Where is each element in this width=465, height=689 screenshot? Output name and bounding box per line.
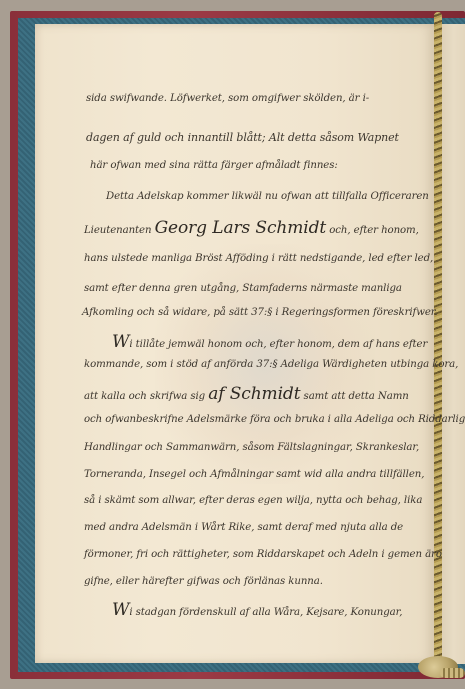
- text-line-12: och ofwanbeskrifne Adelsmärke föra och b…: [84, 415, 465, 425]
- text-line-16: med andra Adelsmän i Wårt Rike, samt der…: [84, 523, 403, 533]
- line-text: samt att detta Namn: [300, 391, 408, 402]
- line-text: här ofwan med sina rätta färger afmåladt…: [90, 160, 338, 171]
- text-line-6: hans ulstede manliga Bröst Afföding i rä…: [84, 254, 433, 264]
- recipient-name: Georg Lars Schmidt: [155, 218, 327, 238]
- line-text: Lieutenanten: [84, 225, 155, 236]
- text-line-1: sida swifwande. Löfwerket, som omgifwer …: [86, 94, 369, 104]
- decorative-initial: W: [112, 332, 129, 352]
- text-line-4: Detta Adelskap kommer likwäl nu ofwan at…: [106, 192, 429, 202]
- line-text: i stadgan fördenskull af alla Wåra, Kejs…: [129, 607, 402, 618]
- cord-tassel: [440, 668, 465, 678]
- line-text: Handlingar och Sammanwärn, såsom Fältsla…: [84, 442, 419, 453]
- text-line-14: Torneranda, Insegel och Afmålningar samt…: [84, 470, 424, 480]
- line-text: samt efter denna gren utgång, Stamfadern…: [84, 283, 402, 294]
- text-line-8: Afkomling och så widare, på sätt 37:§ i …: [82, 308, 438, 318]
- text-line-13: Handlingar och Sammanwärn, såsom Fältsla…: [84, 443, 419, 453]
- line-text: att kalla och skrifwa sig: [84, 391, 208, 402]
- gold-binding-cord: [434, 12, 442, 662]
- line-text: och ofwanbeskrifne Adelsmärke föra och b…: [84, 414, 465, 425]
- line-text: med andra Adelsmän i Wårt Rike, samt der…: [84, 522, 403, 533]
- text-line-9: Wi tillåte jemwäl honom och, efter honom…: [112, 334, 427, 351]
- text-line-15: så i skämt som allwar, efter deras egen …: [84, 496, 422, 506]
- line-text: gifne, eller härefter gifwas och förläna…: [84, 576, 323, 587]
- text-line-5: Lieutenanten Georg Lars Schmidt och, eft…: [84, 220, 419, 237]
- text-line-7: samt efter denna gren utgång, Stamfadern…: [84, 284, 402, 294]
- line-text: Torneranda, Insegel och Afmålningar samt…: [84, 469, 424, 480]
- text-line-17: förmoner, fri och rättigheter, som Ridda…: [84, 550, 442, 560]
- line-text: förmoner, fri och rättigheter, som Ridda…: [84, 549, 442, 560]
- text-line-10: kommande, som i stöd af anförda 37:§ Ade…: [84, 360, 458, 370]
- line-text: Afkomling och så widare, på sätt 37:§ i …: [82, 307, 438, 318]
- noble-name: af Schmidt: [208, 384, 300, 404]
- line-text: hans ulstede manliga Bröst Afföding i rä…: [84, 253, 433, 264]
- text-line-2: dagen af guld och innantill blått; Alt d…: [86, 132, 399, 143]
- text-line-3: här ofwan med sina rätta färger afmåladt…: [90, 161, 338, 171]
- decorative-initial: W: [112, 600, 129, 620]
- line-text: i tillåte jemwäl honom och, efter honom,…: [129, 339, 427, 350]
- line-text: Detta Adelskap kommer likwäl nu ofwan at…: [106, 191, 429, 202]
- text-line-11: att kalla och skrifwa sig af Schmidt sam…: [84, 386, 409, 403]
- text-line-18: gifne, eller härefter gifwas och förläna…: [84, 577, 323, 587]
- text-line-19: Wi stadgan fördenskull af alla Wåra, Kej…: [112, 602, 402, 619]
- line-text: dagen af guld och innantill blått; Alt d…: [86, 131, 399, 144]
- line-text: sida swifwande. Löfwerket, som omgifwer …: [86, 93, 369, 104]
- line-text: och, efter honom,: [326, 225, 419, 236]
- line-text: så i skämt som allwar, efter deras egen …: [84, 495, 422, 506]
- line-text: kommande, som i stöd af anförda 37:§ Ade…: [84, 359, 458, 370]
